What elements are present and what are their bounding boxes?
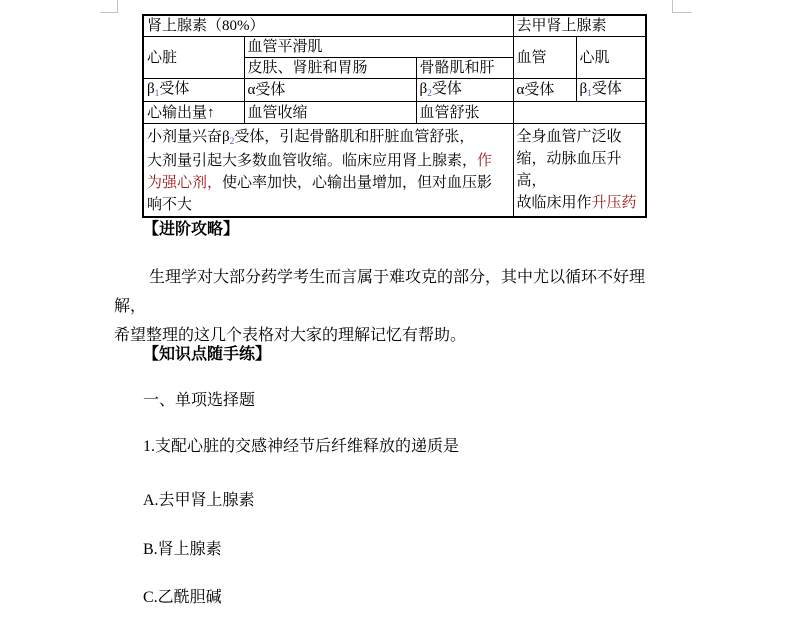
cell-receptor-beta2-muscle: β2受体 bbox=[416, 79, 513, 102]
question-text: 1.支配心脏的交感神经节后纤维释放的递质是 bbox=[143, 437, 459, 457]
cell-skeletal-muscle-liver: 骨骼肌和肝 bbox=[416, 58, 513, 79]
text-boundary-mark-top-left bbox=[100, 0, 118, 13]
option-b: B.肾上腺素 bbox=[143, 540, 222, 560]
cell-receptor-beta1-cardiac: β1受体 bbox=[576, 79, 646, 102]
cell-epinephrine-summary: 小剂量兴奋β2受体，引起骨骼肌和肝脏血管舒张，大剂量引起大多数血管收缩。临床应用… bbox=[143, 124, 513, 218]
option-a: A.去甲肾上腺素 bbox=[143, 491, 255, 511]
table-row: 小剂量兴奋β2受体，引起骨骼肌和肝脏血管舒张，大剂量引起大多数血管收缩。临床应用… bbox=[143, 124, 646, 218]
strategy-paragraph-text: 生理学对大部分药学考生而言属于难攻克的部分，其中尤以循环不好理解，希望整理的这几… bbox=[114, 269, 645, 344]
cell-empty bbox=[513, 102, 646, 124]
cell-vasodilation: 血管舒张 bbox=[416, 102, 513, 124]
cell-vasoconstriction: 血管收缩 bbox=[244, 102, 416, 124]
question-type-label: 一、单项选择题 bbox=[143, 391, 255, 411]
cell-blood-vessel: 血管 bbox=[513, 37, 576, 79]
cell-vascular-smooth-muscle: 血管平滑肌 bbox=[244, 37, 513, 58]
cell-epinephrine-header: 肾上腺素（80%） bbox=[143, 15, 513, 37]
cell-heart: 心脏 bbox=[143, 37, 244, 79]
cell-receptor-alpha-skin: α受体 bbox=[244, 79, 416, 102]
table-row: 心脏 血管平滑肌 血管 心肌 bbox=[143, 37, 646, 58]
advanced-strategy-heading: 【进阶攻略】 bbox=[143, 220, 239, 240]
option-c: C.乙酰胆碱 bbox=[143, 588, 222, 608]
cell-receptor-beta1-heart: β1受体 bbox=[143, 79, 244, 102]
table-row: 心输出量↑ 血管收缩 血管舒张 bbox=[143, 102, 646, 124]
cell-cardiac-output: 心输出量↑ bbox=[143, 102, 244, 124]
cell-receptor-alpha-vessel: α受体 bbox=[513, 79, 576, 102]
cell-norepinephrine-summary: 全身血管广泛收缩，动脉血压升高，故临床用作升压药 bbox=[513, 124, 646, 218]
cell-skin-kidney-gi: 皮肤、肾脏和胃肠 bbox=[244, 58, 416, 79]
text-boundary-mark-top-right bbox=[672, 0, 692, 13]
cell-norepinephrine-header: 去甲肾上腺素 bbox=[513, 15, 646, 37]
comparison-table: 肾上腺素（80%） 去甲肾上腺素 心脏 血管平滑肌 血管 心肌 皮肤、肾脏和胃肠… bbox=[142, 14, 647, 218]
practice-heading: 【知识点随手练】 bbox=[143, 345, 271, 365]
table-row: β1受体 α受体 β2受体 α受体 β1受体 bbox=[143, 79, 646, 102]
table-row: 肾上腺素（80%） 去甲肾上腺素 bbox=[143, 15, 646, 37]
cell-cardiac-muscle: 心肌 bbox=[576, 37, 646, 79]
document-page: 肾上腺素（80%） 去甲肾上腺素 心脏 血管平滑肌 血管 心肌 皮肤、肾脏和胃肠… bbox=[0, 0, 789, 617]
strategy-paragraph: 生理学对大部分药学考生而言属于难攻克的部分，其中尤以循环不好理解，希望整理的这几… bbox=[114, 263, 674, 350]
